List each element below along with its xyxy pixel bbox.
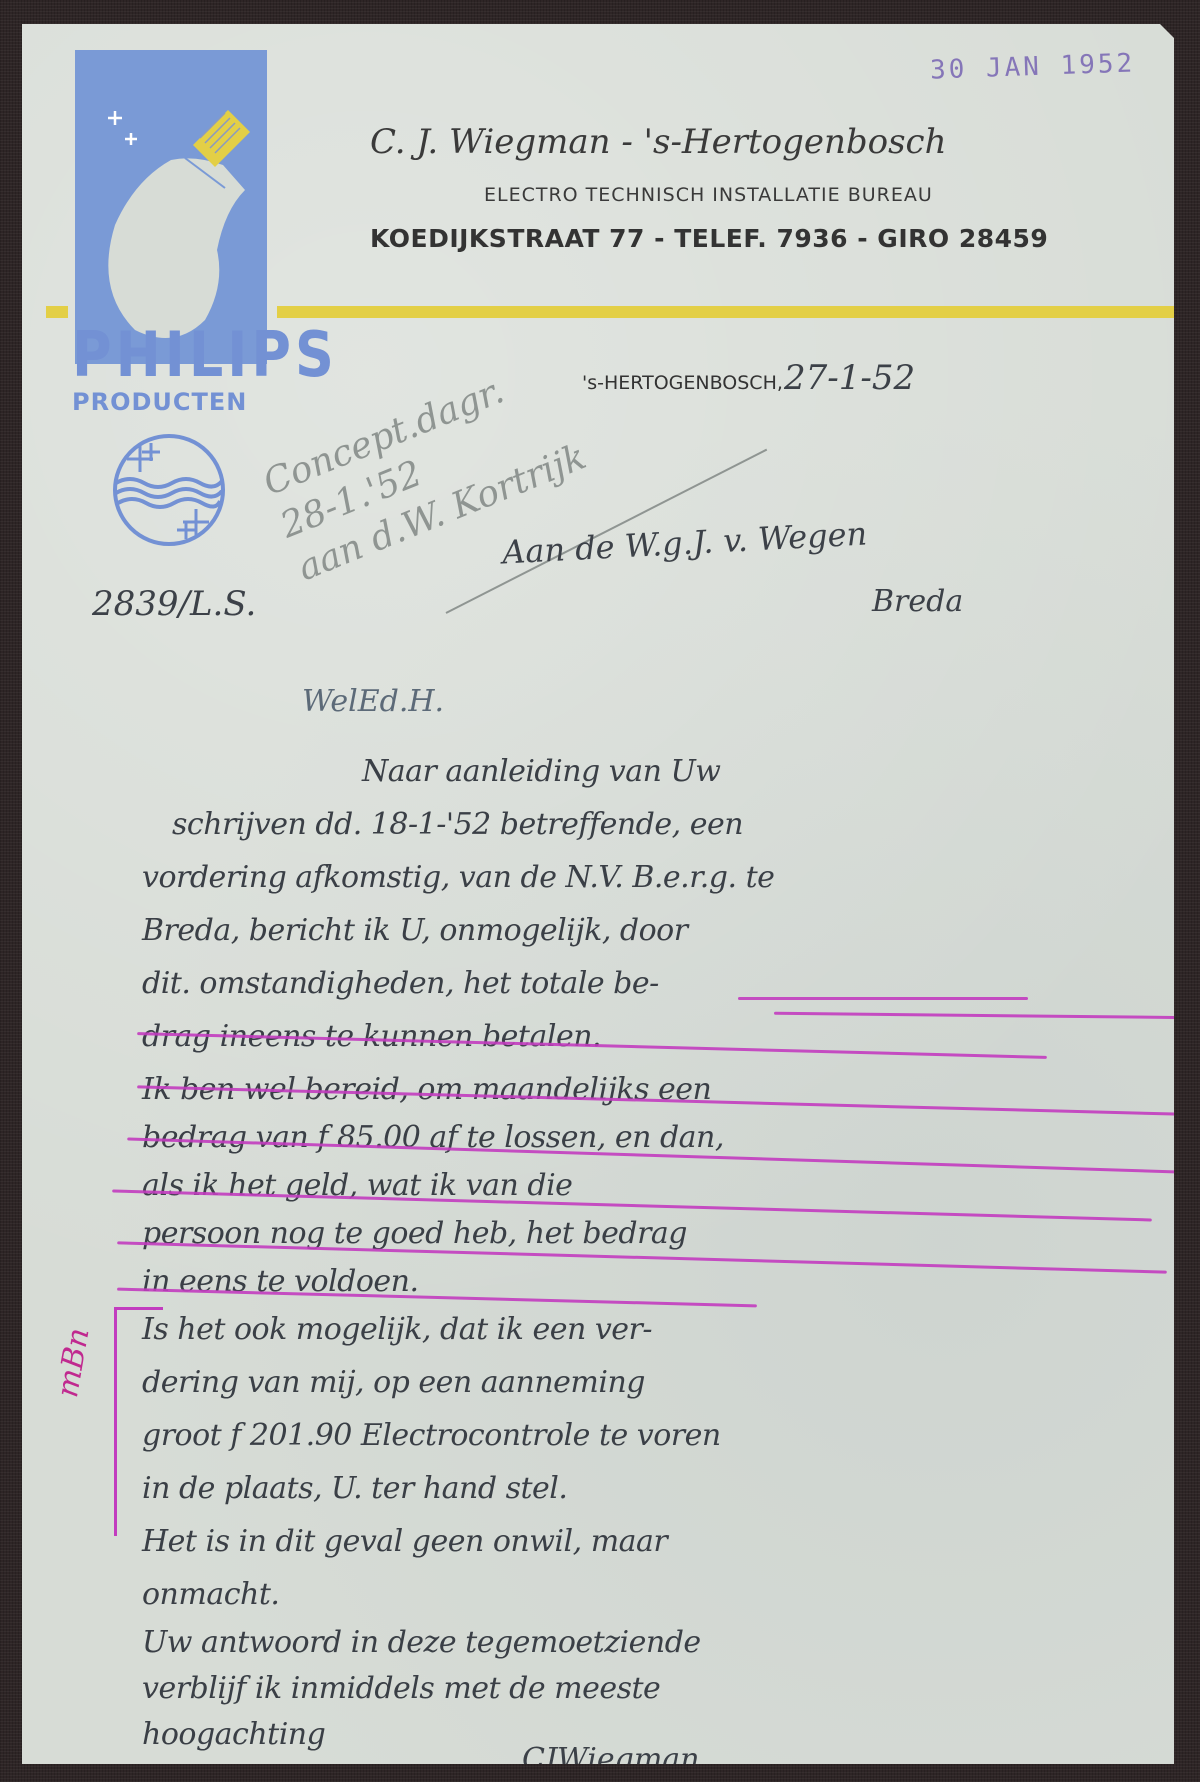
highlight-underline — [738, 997, 1028, 1000]
company-address: KOEDIJKSTRAAT 77 - TELEF. 7936 - GIRO 28… — [370, 224, 1048, 253]
body-line: dit. omstandigheden, het totale be- — [142, 966, 1182, 1019]
reference-number: 2839/L.S. — [92, 584, 256, 624]
brand-name: PHILIPS — [72, 324, 272, 386]
body-line: onmacht. — [142, 1577, 1182, 1625]
margin-bracket — [114, 1307, 163, 1536]
signature: CJWiegman — [522, 1742, 700, 1777]
handwritten-date: 27-1-52 — [784, 358, 915, 398]
body-line: Uw antwoord in deze tegemoetziende — [142, 1625, 1182, 1671]
body-line: verblijf ik inmiddels met de meeste — [142, 1671, 1182, 1717]
margin-note: mBn — [50, 1325, 97, 1400]
company-name: C. J. Wiegman - 's-Hertogenbosch — [370, 122, 947, 162]
philips-bulb-logo — [75, 50, 267, 364]
body-line: Het is in dit geval geen onwil, maar — [142, 1524, 1182, 1577]
salutation: WelEd.H. — [302, 684, 444, 719]
light-bulb-icon — [75, 50, 267, 364]
letter-body: Naar aanleiding van Uw schrijven dd. 18-… — [142, 754, 1182, 1770]
body-line: Is het ook mogelijk, dat ik een ver- — [142, 1312, 1182, 1365]
company-subtitle: ELECTRO TECHNISCH INSTALLATIE BUREAU — [484, 184, 933, 206]
yellow-rule-left — [46, 306, 68, 318]
addressee-city: Breda — [872, 584, 963, 619]
yellow-rule — [277, 306, 1191, 318]
body-line: dering van mij, op een aanneming — [142, 1365, 1182, 1418]
place-label: 's-HERTOGENBOSCH, — [582, 372, 783, 394]
body-line: als ik het geld, wat ik van die — [142, 1168, 1182, 1216]
signature-underline — [562, 1774, 802, 1781]
body-line: Ik ben wel bereid, om maandelijks een — [142, 1072, 1182, 1120]
received-date-stamp: 30 JAN 1952 — [930, 48, 1136, 85]
body-line: Breda, bericht ik U, onmogelijk, door — [142, 913, 1182, 966]
brand-subtitle: PRODUCTEN — [72, 388, 272, 416]
body-line: groot f 201.90 Electrocontrole te voren — [142, 1418, 1182, 1471]
body-line: in de plaats, U. ter hand stel. — [142, 1471, 1182, 1524]
body-line: Naar aanleiding van Uw — [142, 754, 1182, 807]
addressee: Aan de W.g.J. v. Wegen — [501, 514, 868, 571]
body-line: vordering afkomstig, van de N.V. B.e.r.g… — [142, 860, 1182, 913]
body-line: schrijven dd. 18-1-'52 betreffende, een — [142, 807, 1182, 860]
philips-shield-icon — [110, 431, 228, 549]
letter-sheet: PHILIPS PRODUCTEN C. J. Wiegman - 's-Her… — [22, 24, 1174, 1764]
